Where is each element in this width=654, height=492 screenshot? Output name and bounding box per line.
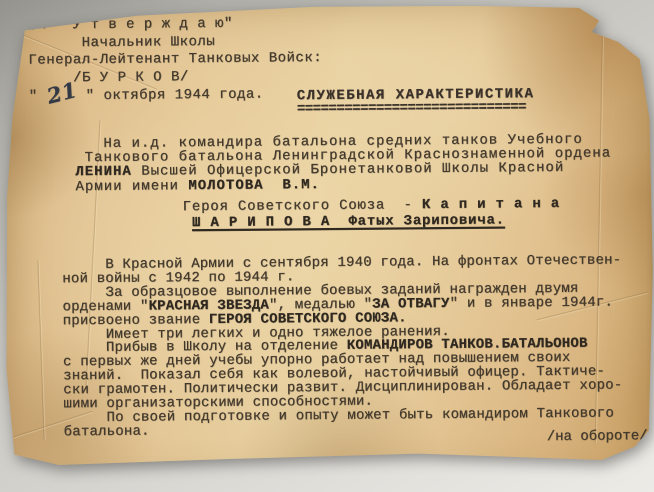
document-title-block: СЛУЖЕБНАЯ ХАРАКТЕРИСТИКА ===============… <box>297 86 535 115</box>
subject-name-block: Героя Советского Союза - К а п и т а н а… <box>183 197 561 231</box>
typed-segment: Ш А Р И П О В А Фатых Зариповича. <box>192 212 505 231</box>
typed-segment: "У т в е р ж д а ю" <box>28 16 233 34</box>
typed-segment: Армии имени <box>75 178 188 195</box>
typed-segment <box>183 215 192 231</box>
typed-segment: МОЛОТОВА В.М. <box>188 177 320 194</box>
typed-segment: " октября 1944 года. <box>77 87 264 105</box>
typed-line: батальона. <box>64 421 623 440</box>
addressee-block: На и.д. командира батальона средних танк… <box>75 133 611 194</box>
typed-line: Ш А Р И П О В А Фатых Зариповича. <box>183 212 560 231</box>
typed-segment: батальона. <box>64 423 150 440</box>
typed-line: " 21 " октября 1944 года. <box>29 85 323 106</box>
typed-content: п/п "У т в е р ж д а ю" Начальник ШколыГ… <box>0 0 654 492</box>
title-underline: ============================= <box>297 101 535 115</box>
typed-segment: К а п и т а н а <box>422 196 560 213</box>
reverse-side-note: /на обороте/ <box>547 428 648 445</box>
handwritten-day: 21 <box>46 85 78 102</box>
typed-line: Генерал-Лейтенант Танковых Войск: <box>28 50 322 70</box>
typed-segment: Генерал-Лейтенант Танковых Войск: <box>28 50 322 69</box>
approval-block: "У т в е р ж д а ю" Начальник ШколыГенер… <box>28 15 323 106</box>
document-paper: п/п "У т в е р ж д а ю" Начальник ШколыГ… <box>0 0 654 492</box>
typed-segment: " <box>29 88 47 104</box>
scanned-document-photo: п/п "У т в е р ж д а ю" Начальник ШколыГ… <box>0 0 654 492</box>
typed-segment: " и в январе 1944г. <box>450 294 614 311</box>
body-text-block: В Красной Армии с сентября 1940 года. На… <box>62 254 623 440</box>
paper-shadow-wrap: п/п "У т в е р ж д а ю" Начальник ШколыГ… <box>0 0 654 492</box>
typed-segment: Начальник Школы <box>28 33 215 51</box>
